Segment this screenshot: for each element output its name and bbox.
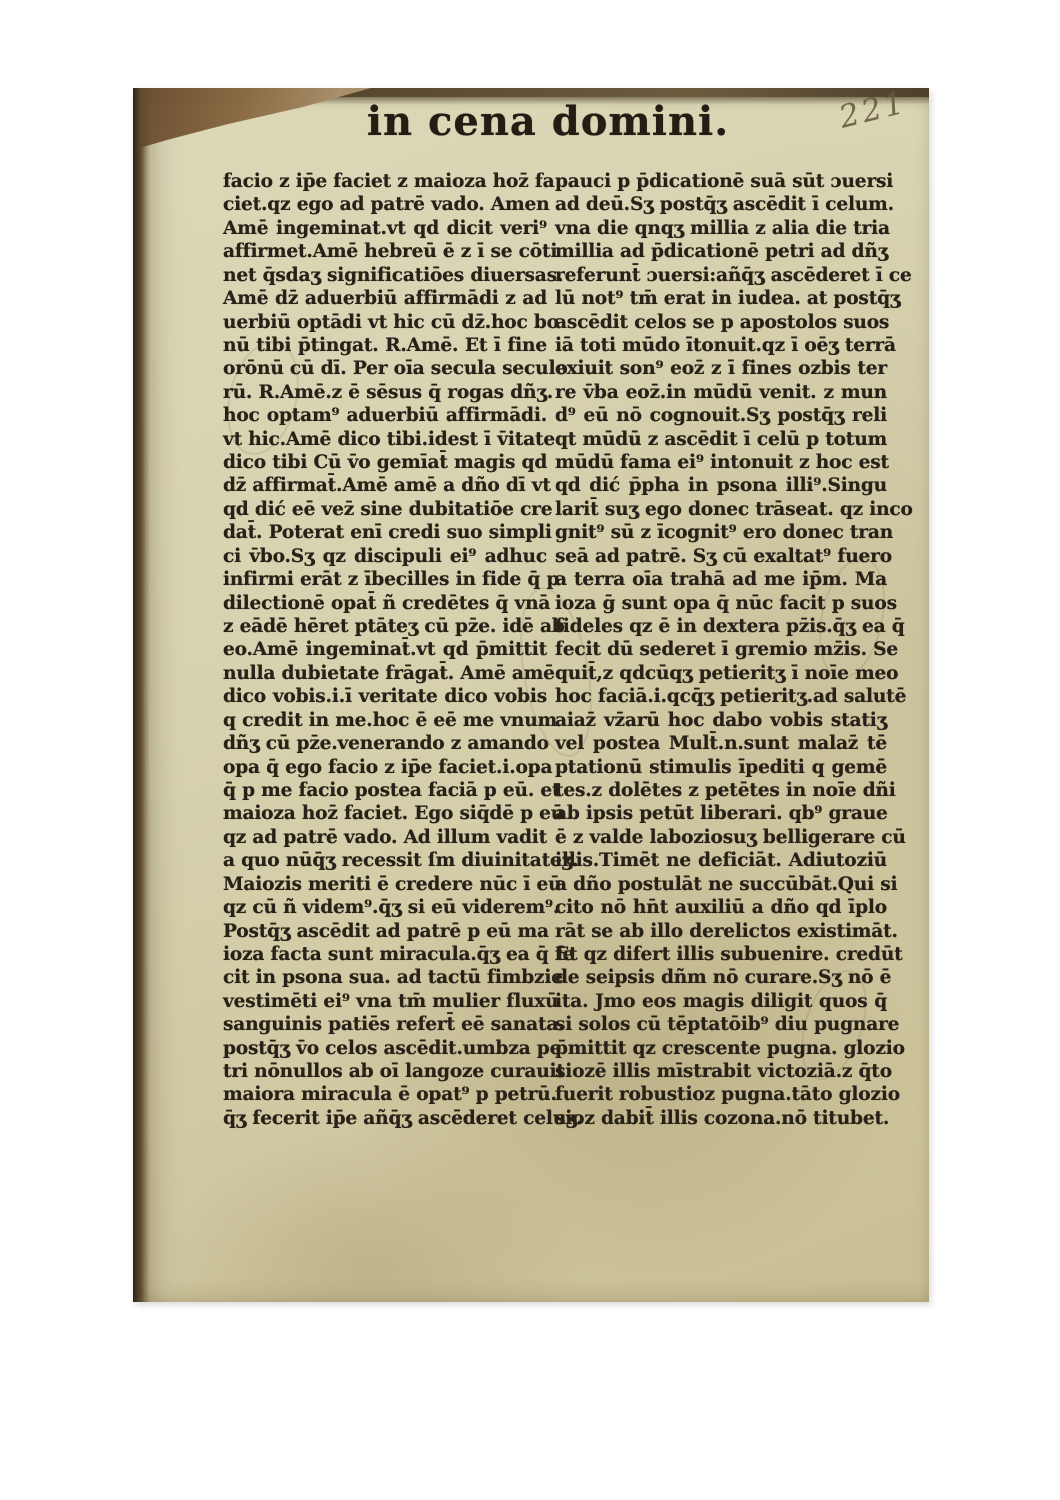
text-line: gnit⁹ sū z īcognit⁹ ero donec tran — [555, 521, 887, 544]
text-line: qd dić eē vez̄ sine dubitatiōe cre — [223, 498, 547, 521]
text-line: dico tibi Cū v̄o gemīat̄ magis qd — [223, 451, 547, 474]
text-line: tri nōnullos ab oī langoze curauit — [223, 1060, 547, 1083]
text-block: facio z ip̄e faciet z maioza hoz̄ faciet… — [223, 170, 887, 1130]
text-line: vt hic.Amē dico tibi.idest ī v̄itate — [223, 428, 547, 451]
text-line: ascēdit celos se p apostolos suos — [555, 311, 887, 334]
text-line: larit̄ suʒ ego donec trāseat. qz inco — [555, 498, 887, 521]
text-line: ioza ḡ sunt opa q̄ nūc facit p suos — [555, 592, 887, 615]
text-line: Et qz difert illis subuenire. credūt — [555, 943, 887, 966]
text-line: affirmet.Amē hebreū ē z ī se cōti — [223, 240, 547, 263]
text-line: sioz dabit̄ illis cozona.nō titubet. — [555, 1107, 887, 1130]
text-line: ptationū stimulis īpediti q gemē — [555, 756, 887, 779]
text-line: opa q̄ ego facio z ip̄e faciet.i.opa — [223, 756, 547, 779]
text-line: z eādē hēret ptāteʒ cū pz̄e. idē ab — [223, 615, 547, 638]
text-line: seā ad patrē. Sʒ cū exaltat⁹ fuero — [555, 545, 887, 568]
text-line: hoc faciā.i.qcq̄ʒ petieritʒ.ad salutē — [555, 685, 887, 708]
text-line: d⁹ eū nō cognouit.Sʒ postq̄ʒ reli — [555, 404, 887, 427]
text-line: ci v̄bo.Sʒ qz discipuli ei⁹ adhuc — [223, 545, 547, 568]
text-line: dat̄. Poterat enī credi suo simpli — [223, 521, 547, 544]
text-line: p̄mittit qz crescente pugna. glozio — [555, 1037, 887, 1060]
text-line: q credit in me.hoc ē eē me vnum — [223, 709, 547, 732]
text-line: vestimēti ei⁹ vna tm̄ mulier fluxū — [223, 990, 547, 1013]
text-line: lū not⁹ tm̄ erat in iudea. at postq̄ʒ — [555, 287, 887, 310]
text-line: siozē illis mīstrabit victoziā.z q̄to — [555, 1060, 887, 1083]
text-line: facio z ip̄e faciet z maioza hoz̄ fa — [223, 170, 547, 193]
text-line: Postq̄ʒ ascēdit ad patrē p eū ma — [223, 920, 547, 943]
text-line: referunt̄ ɔuersi:añq̄ʒ ascēderet ī ce — [555, 264, 887, 287]
text-line: net q̄sdaʒ significatiōes diuersas. — [223, 264, 547, 287]
text-line: iā toti mūdo ītonuit.qz ī oēʒ terrā — [555, 334, 887, 357]
text-line: a dño postulāt ne succūbāt.Qui si — [555, 873, 887, 896]
text-line: orōnū cū dī. Per oīa secula seculo — [223, 357, 547, 380]
text-line: vel postea Mult̄.n.sunt malaz̄ tē — [555, 732, 887, 755]
text-line: maiora miracula ē opat⁹ p petrū. — [223, 1083, 547, 1106]
text-column-right: pauci p p̄dicationē suā sūt ɔuersiad deū… — [555, 170, 887, 1130]
text-line: a terra oīa trahā ad me ip̄m. Ma — [555, 568, 887, 591]
text-line: q̄ʒ fecerit ip̄e añq̄ʒ ascēderet celuʒ. — [223, 1107, 547, 1130]
text-line: de seipsis dñm nō curare.Sʒ nō ē — [555, 966, 887, 989]
text-line: ē z valde laboziosuʒ belligerare cū — [555, 826, 887, 849]
text-line: fecit dū sederet ī gremio mz̄is. Se — [555, 638, 887, 661]
text-line: dz̄ affirmat̄.Amē amē a dño dī vt — [223, 474, 547, 497]
page-title: in cena domini. — [133, 98, 929, 145]
text-line: Amē dz̄ aduerbiū affirmādi z ad — [223, 287, 547, 310]
text-line: vna die qnqʒ millia z alia die tria — [555, 217, 887, 240]
text-line: ab ipsis petūt liberari. qb⁹ graue — [555, 802, 887, 825]
text-line: tes.z dolētes z petētes in noīe dñi — [555, 779, 887, 802]
text-line: cit in psona sua. ad tactū fimbzie — [223, 966, 547, 989]
text-line: fuerit robustioz pugna.tāto glozio — [555, 1083, 887, 1106]
text-line: exiuit son⁹ eoz̄ z ī fines ozbis ter — [555, 357, 887, 380]
text-line: illis.Timēt ne deficiāt. Adiutoziū — [555, 849, 887, 872]
scan-background: in cena domini. 221 facio z ip̄e faciet … — [0, 0, 1060, 1500]
text-line: ad deū.Sʒ postq̄ʒ ascēdit ī celum. — [555, 193, 887, 216]
text-line: dñʒ cū pz̄e.venerando z amando — [223, 732, 547, 755]
text-line: aiaz̄ vz̄arū hoc dabo vobis statiʒ — [555, 709, 887, 732]
text-line: eo.Amē ingeminat̄.vt qd p̄mittit — [223, 638, 547, 661]
text-line: ioza facta sunt miracula.q̄ʒ ea q̄ fe — [223, 943, 547, 966]
text-line: ciet.qz ego ad patrē vado. Amen — [223, 193, 547, 216]
text-line: qz ad patrē vado. Ad illum vadit — [223, 826, 547, 849]
text-line: qt mūdū z ascēdit ī celū p totum — [555, 428, 887, 451]
text-line: nū tibi p̄tingat. R.Amē. Et ī fine — [223, 334, 547, 357]
text-line: Amē ingeminat.vt qd dicit veri⁹ — [223, 217, 547, 240]
text-line: re v̄ba eoz̄.in mūdū venit. z mun — [555, 381, 887, 404]
text-line: Maiozis meriti ē credere nūc ī eū — [223, 873, 547, 896]
text-line: rāt se ab illo derelictos existimāt. — [555, 920, 887, 943]
gutter-shadow-left — [133, 88, 150, 1302]
text-line: a quo nūq̄ʒ recessit ſm diuinitateʒ. — [223, 849, 547, 872]
text-line: cito nō hn̄t auxiliū a dño qd īplo — [555, 896, 887, 919]
text-line: maioza hoz̄ faciet. Ego siq̄dē p eū — [223, 802, 547, 825]
text-line: dico vobis.i.ī veritate dico vobis — [223, 685, 547, 708]
text-line: ita. Jmo eos magis diligit quos q̄ — [555, 990, 887, 1013]
text-line: millia ad p̄dicationē petri ad dñʒ — [555, 240, 887, 263]
text-line: uerbiū optādi vt hic cū dz̄.hoc bo — [223, 311, 547, 334]
text-line: infirmi erāt z ībecilles in fide q̄ p — [223, 568, 547, 591]
text-line: sanguinis patiēs refert̄ eē sanata. — [223, 1013, 547, 1036]
text-line: pauci p p̄dicationē suā sūt ɔuersi — [555, 170, 887, 193]
text-column-left: facio z ip̄e faciet z maioza hoz̄ faciet… — [223, 170, 547, 1130]
text-line: qd dić p̄pha in psona illi⁹.Singu — [555, 474, 887, 497]
text-line: fideles qz ē in dextera pz̄is.q̄ʒ ea q̄ — [555, 615, 887, 638]
text-line: nulla dubietate frāgat̄. Amē amē — [223, 662, 547, 685]
text-line: postq̄ʒ v̄o celos ascēdit.umbza pe — [223, 1037, 547, 1060]
text-line: si solos cū tēptatōib⁹ diu pugnare — [555, 1013, 887, 1036]
text-line: dilectionē opat̄ ñ credētes q̄ vnā — [223, 592, 547, 615]
text-line: hoc optam⁹ aduerbiū affirmādi. — [223, 404, 547, 427]
text-line: mūdū fama ei⁹ intonuit z hoc est — [555, 451, 887, 474]
text-line: q̄ p me facio postea faciā p eū. et — [223, 779, 547, 802]
text-line: quit̄,z qdcūqʒ petieritʒ ī noīe meo — [555, 662, 887, 685]
book-page: in cena domini. 221 facio z ip̄e faciet … — [133, 88, 929, 1302]
text-line: rū. R.Amē.z ē sēsus q̄ rogas dñʒ. — [223, 381, 547, 404]
text-line: qz cū ñ videm⁹.q̄ʒ si eū viderem⁹. — [223, 896, 547, 919]
